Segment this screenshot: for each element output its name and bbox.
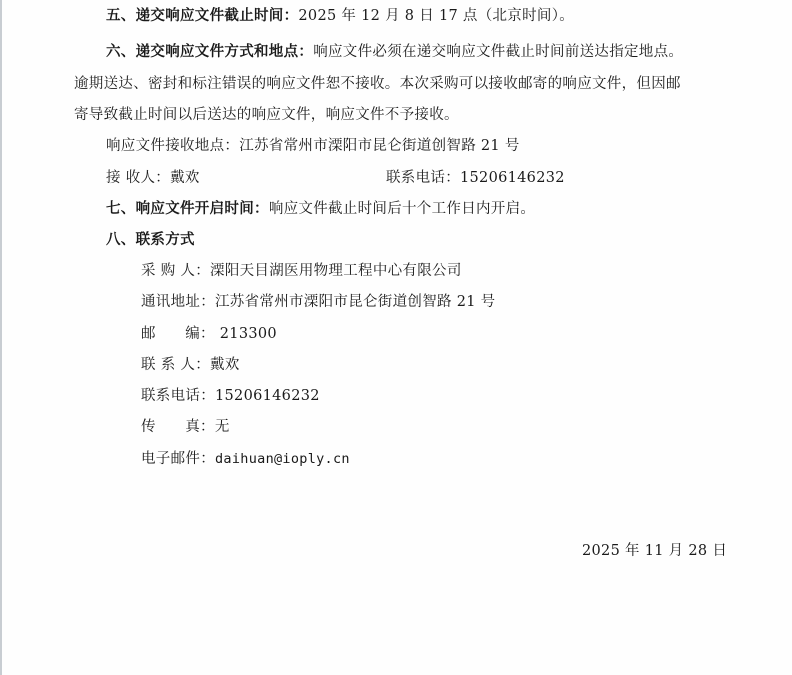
section-7-text: 响应文件截止时间后十个工作日内开启。 — [269, 201, 535, 217]
section-6-text-1: 响应文件必须在递交响应文件截止时间前送达指定地点。 — [313, 44, 683, 60]
contact-email: 电子邮件：daihuan@ioply.cn — [141, 449, 350, 469]
contact-label: 电子邮件： — [141, 451, 215, 467]
contact-phone: 联系电话：15206146232 — [141, 386, 320, 406]
document-page: 五、递交响应文件截止时间：2025 年 12 月 8 日 17 点（北京时间）。… — [2, 0, 792, 675]
contact-fax: 传 真：无 — [141, 417, 230, 437]
section-6-line-1: 六、递交响应文件方式和地点：响应文件必须在递交响应文件截止时间前送达指定地点。 — [106, 42, 683, 62]
section-5: 五、递交响应文件截止时间：2025 年 12 月 8 日 17 点（北京时间）。 — [106, 6, 574, 26]
section-7: 七、响应文件开启时间：响应文件截止时间后十个工作日内开启。 — [106, 199, 535, 219]
contact-purchaser: 采 购 人：溧阳天目湖医用物理工程中心有限公司 — [141, 261, 462, 281]
receiver-phone-label: 联系电话： — [386, 170, 460, 186]
receiver-label: 接 收人： — [106, 170, 170, 186]
receiver: 接 收人：戴欢 — [106, 168, 200, 188]
contact-value: 溧阳天目湖医用物理工程中心有限公司 — [210, 263, 462, 279]
contact-value: 213300 — [215, 326, 277, 342]
section-5-text: 2025 年 12 月 8 日 17 点（北京时间）。 — [298, 8, 574, 24]
receiver-phone: 联系电话：15206146232 — [386, 168, 565, 188]
contact-value: 无 — [215, 419, 230, 435]
contact-label: 联 系 人： — [141, 357, 210, 373]
receive-location-value: 江苏省常州市溧阳市昆仑街道创智路 21 号 — [239, 138, 519, 154]
document-date: 2025 年 11 月 28 日 — [582, 541, 727, 561]
contact-label: 采 购 人： — [141, 263, 210, 279]
contact-email-value[interactable]: daihuan@ioply.cn — [215, 451, 350, 467]
contact-value: 15206146232 — [215, 388, 320, 404]
section-5-heading: 五、递交响应文件截止时间： — [106, 7, 298, 24]
section-6-heading: 六、递交响应文件方式和地点： — [106, 43, 313, 60]
contact-label: 邮 编： — [141, 326, 215, 342]
contact-postcode: 邮 编： 213300 — [141, 324, 277, 344]
receive-location-label: 响应文件接收地点： — [106, 138, 239, 154]
contact-label: 传 真： — [141, 419, 215, 435]
contact-value: 江苏省常州市溧阳市昆仑街道创智路 21 号 — [215, 294, 495, 310]
receiver-phone-value: 15206146232 — [460, 170, 565, 186]
section-7-heading: 七、响应文件开启时间： — [106, 200, 269, 217]
section-6-line-2: 逾期送达、密封和标注错误的响应文件恕不接收。本次采购可以接收邮寄的响应文件，但因… — [74, 74, 681, 94]
contact-label: 通讯地址： — [141, 294, 215, 310]
receive-location: 响应文件接收地点：江苏省常州市溧阳市昆仑街道创智路 21 号 — [106, 136, 520, 156]
receiver-value: 戴欢 — [170, 170, 200, 186]
contact-address: 通讯地址：江苏省常州市溧阳市昆仑街道创智路 21 号 — [141, 292, 495, 312]
contact-person: 联 系 人：戴欢 — [141, 355, 240, 375]
contact-label: 联系电话： — [141, 388, 215, 404]
section-6-line-3: 寄导致截止时间以后送达的响应文件，响应文件不予接收。 — [74, 105, 459, 125]
contact-value: 戴欢 — [210, 357, 240, 373]
section-8-heading: 八、联系方式 — [106, 230, 195, 250]
